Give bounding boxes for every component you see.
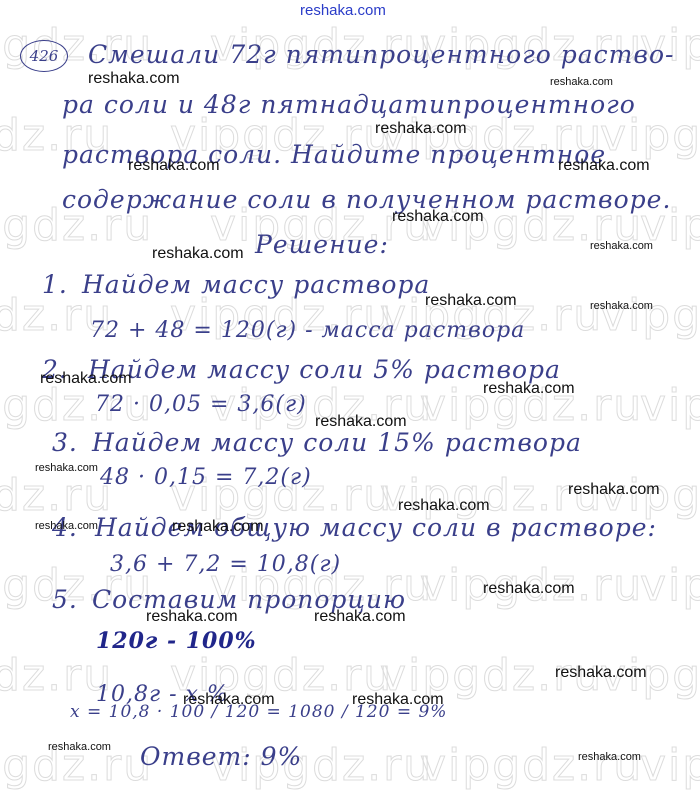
- watermark: reshaka.com: [375, 120, 467, 138]
- watermark: reshaka.com: [152, 245, 244, 263]
- watermark: reshaka.com: [128, 157, 220, 175]
- watermark: reshaka.com: [35, 520, 98, 532]
- problem-line: содержание соли в полученном растворе.: [62, 185, 671, 214]
- watermark: reshaka.com: [314, 608, 406, 626]
- problem-line: Смешали 72г пятипроцентного раство-: [88, 40, 674, 69]
- watermark: reshaka.com: [183, 691, 275, 709]
- step-calc: 3,6 + 7,2 = 10,8(г): [110, 552, 341, 577]
- step-number: 1.: [42, 270, 68, 299]
- solution-title: Решение:: [255, 230, 389, 259]
- watermark: reshaka.com: [172, 518, 264, 536]
- proportion-line: 120г - 100%: [96, 628, 257, 654]
- step-number: 5.: [52, 585, 78, 614]
- step-text: Найдем массу соли 15% раствора: [92, 428, 582, 457]
- background-watermark: vipgdz.ru: [600, 290, 700, 341]
- watermark: reshaka.com: [48, 741, 111, 753]
- watermark: reshaka.com: [568, 481, 660, 499]
- background-watermark: vipgdz.ru: [420, 740, 643, 791]
- answer: Ответ: 9%: [140, 742, 302, 771]
- watermark: reshaka.com: [315, 413, 407, 431]
- watermark: reshaka.com: [483, 580, 575, 598]
- watermark: reshaka.com: [352, 691, 444, 709]
- solution-page: vipgdz.ruvipgdz.ruvipgdz.ruvipgdz.ruvipg…: [0, 0, 700, 797]
- watermark: reshaka.com: [40, 370, 132, 388]
- watermark: reshaka.com: [590, 300, 653, 312]
- watermark: reshaka.com: [590, 240, 653, 252]
- site-link[interactable]: reshaka.com: [300, 2, 386, 19]
- watermark: reshaka.com: [483, 380, 575, 398]
- watermark: reshaka.com: [578, 751, 641, 763]
- step-calc: 72 · 0,05 = 3,6(г): [95, 392, 307, 417]
- watermark: reshaka.com: [425, 292, 517, 310]
- watermark: reshaka.com: [146, 608, 238, 626]
- watermark: reshaka.com: [398, 497, 490, 515]
- step-number: 3.: [52, 428, 78, 457]
- watermark: reshaka.com: [550, 76, 613, 88]
- step-calc: 48 · 0,15 = 7,2(г): [100, 465, 312, 490]
- background-watermark: vipgdz.ru: [640, 560, 700, 611]
- step-calc: 72 + 48 = 120(г) - масса раствора: [90, 318, 525, 343]
- watermark: reshaka.com: [555, 664, 647, 682]
- watermark: reshaka.com: [558, 157, 650, 175]
- watermark: reshaka.com: [35, 462, 98, 474]
- problem-line: ра соли и 48г пятнадцатипроцентного: [62, 90, 636, 119]
- background-watermark: vipgdz.ru: [640, 380, 700, 431]
- background-watermark: vipgdz.ru: [640, 740, 700, 791]
- step-text: Найдем массу раствора: [82, 270, 430, 299]
- watermark: reshaka.com: [88, 70, 180, 88]
- problem-number: 426: [20, 40, 68, 72]
- watermark: reshaka.com: [392, 208, 484, 226]
